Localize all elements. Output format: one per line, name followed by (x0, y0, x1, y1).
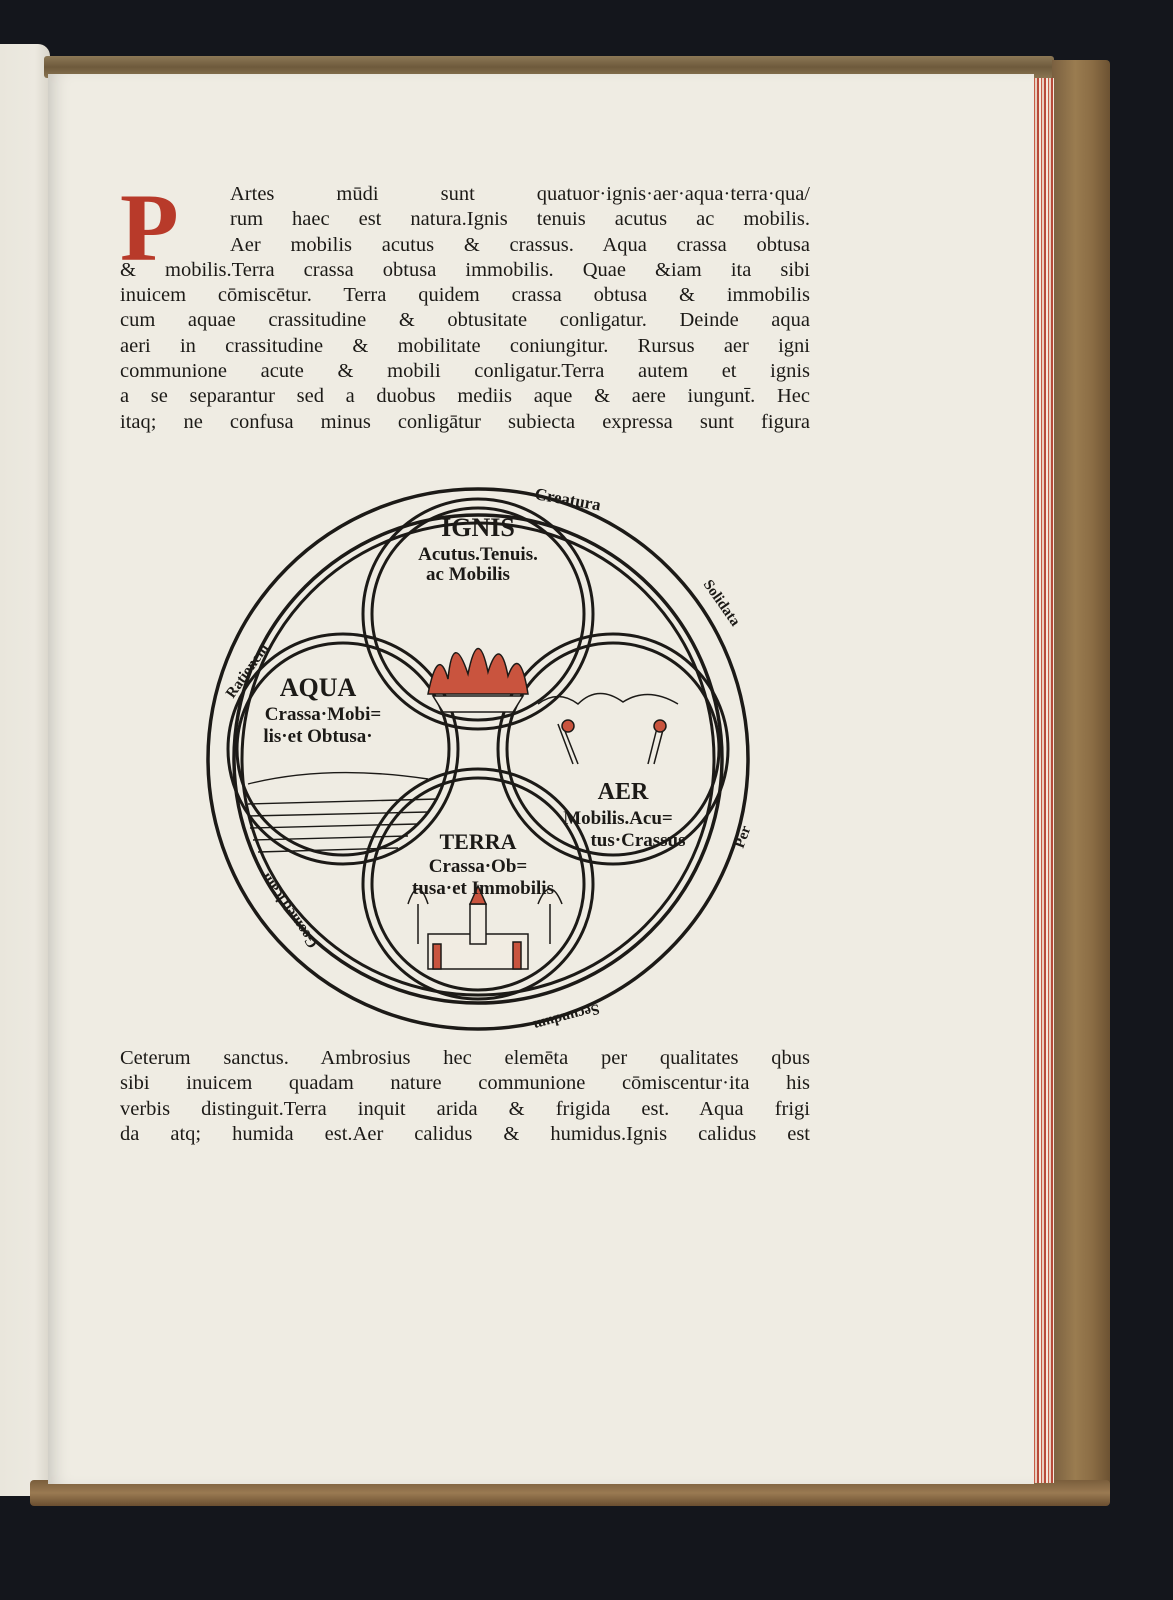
element-qualities: tus·Crassus (590, 830, 685, 851)
book-page: P Artes mūdi sunt quatuor·ignis·aer·aqua… (48, 74, 1034, 1484)
text-line: sibi inuicem quadam nature communione cō… (120, 1071, 810, 1096)
binding-spine-right (1052, 60, 1110, 1490)
bottom-paragraph: Ceterum sanctus. Ambrosius hec elemēta p… (120, 1046, 810, 1147)
text-line: cum aquae crassitudine & obtusitate conl… (120, 308, 810, 333)
element-name-aer: AER (598, 779, 649, 805)
ring-word-solidata: Solidata (700, 577, 744, 630)
ring-word-geometricam: Geometricam (258, 870, 322, 951)
text-line: rum haec est natura.Ignis tenuis acutus … (120, 207, 810, 232)
element-qualities: Acutus.Tenuis. (418, 544, 538, 565)
element-qualities: tusa·et Immobilis (412, 878, 554, 899)
text-line: Artes mūdi sunt quatuor·ignis·aer·aqua·t… (120, 182, 810, 207)
text-line: Aer mobilis acutus & crassus. Aqua crass… (120, 233, 810, 258)
facing-page-edge (0, 44, 50, 1496)
element-name-aqua: AQUA (280, 673, 357, 702)
element-qualities: Crassa·Ob= (429, 856, 527, 877)
element-qualities: Mobilis.Acu= (563, 808, 673, 829)
top-paragraph: Artes mūdi sunt quatuor·ignis·aer·aqua·t… (120, 182, 810, 435)
text-line: inuicem cōmiscētur. Terra quidem crassa … (120, 283, 810, 308)
red-page-edges (1032, 78, 1054, 1483)
text-line: aeri in crassitudine & mobilitate coniun… (120, 334, 810, 359)
element-name-ignis: IGNIS (441, 513, 515, 542)
text-line: da atq; humida est.Aer calidus & humidus… (120, 1122, 810, 1147)
element-qualities: ac Mobilis (426, 564, 510, 585)
air-illustration (538, 693, 678, 764)
element-name-terra: TERRA (439, 829, 516, 854)
text-line: itaq; ne confusa minus conligātur subiec… (120, 410, 810, 435)
text-line: a se separantur sed a duobus mediis aque… (120, 384, 810, 409)
ring-word-secundum: Secundum (531, 1000, 601, 1033)
text-line: verbis distinguit.Terra inquit arida & f… (120, 1097, 810, 1122)
ring-word-creatura: Creatura (533, 484, 602, 514)
text-line: Ceterum sanctus. Ambrosius hec elemēta p… (120, 1046, 810, 1071)
element-qualities: lis·et Obtusa· (263, 726, 372, 747)
text-line: & mobilis.Terra crassa obtusa immobilis.… (120, 258, 810, 283)
water-illustration (248, 773, 438, 852)
ring-word-per: Per (732, 823, 755, 850)
four-elements-diagram: IGNIS Acutus.Tenuis. ac Mobilis AQUA Cra… (178, 464, 778, 1054)
element-qualities: Crassa·Mobi= (265, 704, 381, 725)
text-line: communione acute & mobili conligatur.Ter… (120, 359, 810, 384)
fire-illustration (428, 648, 528, 712)
